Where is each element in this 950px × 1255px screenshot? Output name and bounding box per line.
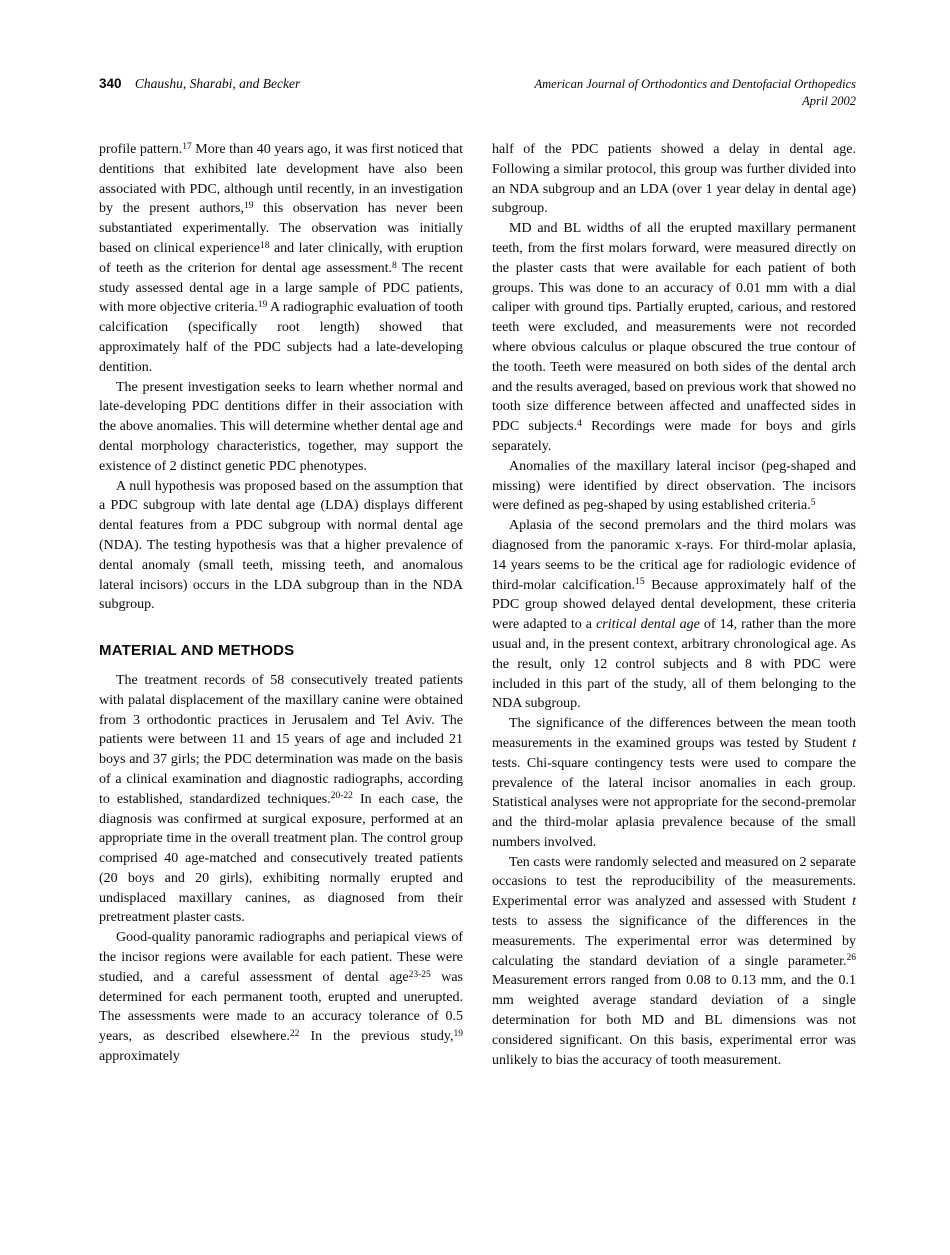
body-text: A null hypothesis was proposed based on … — [99, 479, 463, 613]
page-number: 340 — [99, 76, 122, 91]
body-text: In the previous study, — [299, 1029, 453, 1044]
body-text: Measurement errors ranged from 0.08 to 0… — [492, 973, 856, 1067]
reference-superscript: 17 — [182, 142, 192, 152]
reference-superscript: 4 — [577, 419, 582, 429]
reference-superscript: 22 — [290, 1029, 300, 1039]
running-head-right: American Journal of Orthodontics and Den… — [535, 76, 857, 110]
body-text: The present investigation seeks to learn… — [99, 380, 463, 474]
journal-name: American Journal of Orthodontics and Den… — [535, 76, 857, 93]
paragraph: A null hypothesis was proposed based on … — [99, 477, 463, 616]
emphasized-text: critical dental age — [596, 617, 700, 632]
right-column: half of the PDC patients showed a delay … — [492, 140, 856, 1070]
paragraph: The treatment records of 58 consecutivel… — [99, 671, 463, 928]
reference-superscript: 5 — [811, 498, 816, 508]
paragraph: Anomalies of the maxillary lateral incis… — [492, 457, 856, 516]
body-text: tests to assess the significance of the … — [492, 914, 856, 969]
emphasized-text: t — [852, 894, 856, 909]
body-text: tests. Chi-square contingency tests were… — [492, 756, 856, 850]
body-text: In each case, the diagnosis was confirme… — [99, 792, 463, 926]
paragraph: Good-quality panoramic radiographs and p… — [99, 928, 463, 1067]
body-text: Anomalies of the maxillary lateral incis… — [492, 459, 856, 514]
emphasized-text: t — [852, 736, 856, 751]
reference-superscript: 20-22 — [331, 791, 353, 801]
paragraph: profile pattern.17 More than 40 years ag… — [99, 140, 463, 378]
paragraph: Ten casts were randomly selected and mea… — [492, 853, 856, 1071]
paragraph: MD and BL widths of all the erupted maxi… — [492, 219, 856, 457]
body-text: approximately — [99, 1049, 180, 1064]
journal-page: 340 Chaushu, Sharabi, and Becker America… — [0, 0, 950, 1255]
section-heading: MATERIAL AND METHODS — [99, 641, 463, 661]
reference-superscript: 19 — [244, 201, 254, 211]
reference-superscript: 26 — [847, 953, 857, 963]
paragraph: The present investigation seeks to learn… — [99, 378, 463, 477]
left-column: profile pattern.17 More than 40 years ag… — [99, 140, 463, 1067]
reference-superscript: 15 — [635, 577, 645, 587]
running-head-left: 340 Chaushu, Sharabi, and Becker — [99, 76, 300, 92]
body-text: The significance of the differences betw… — [492, 716, 856, 751]
body-text: MD and BL widths of all the erupted maxi… — [492, 221, 856, 434]
paragraph: The significance of the differences betw… — [492, 714, 856, 853]
reference-superscript: 19 — [258, 300, 268, 310]
reference-superscript: 8 — [392, 261, 397, 271]
paragraph: half of the PDC patients showed a delay … — [492, 140, 856, 219]
issue-date: April 2002 — [535, 93, 857, 110]
body-text: half of the PDC patients showed a delay … — [492, 142, 856, 216]
reference-superscript: 18 — [260, 241, 270, 251]
paragraph: Aplasia of the second premolars and the … — [492, 516, 856, 714]
body-text: profile pattern. — [99, 142, 182, 157]
body-text: The treatment records of 58 consecutivel… — [99, 673, 463, 807]
body-text: Ten casts were randomly selected and mea… — [492, 855, 856, 910]
page-header: 340 Chaushu, Sharabi, and Becker America… — [99, 76, 856, 110]
running-authors: Chaushu, Sharabi, and Becker — [135, 76, 300, 91]
reference-superscript: 19 — [453, 1029, 463, 1039]
reference-superscript: 23-25 — [409, 970, 431, 980]
